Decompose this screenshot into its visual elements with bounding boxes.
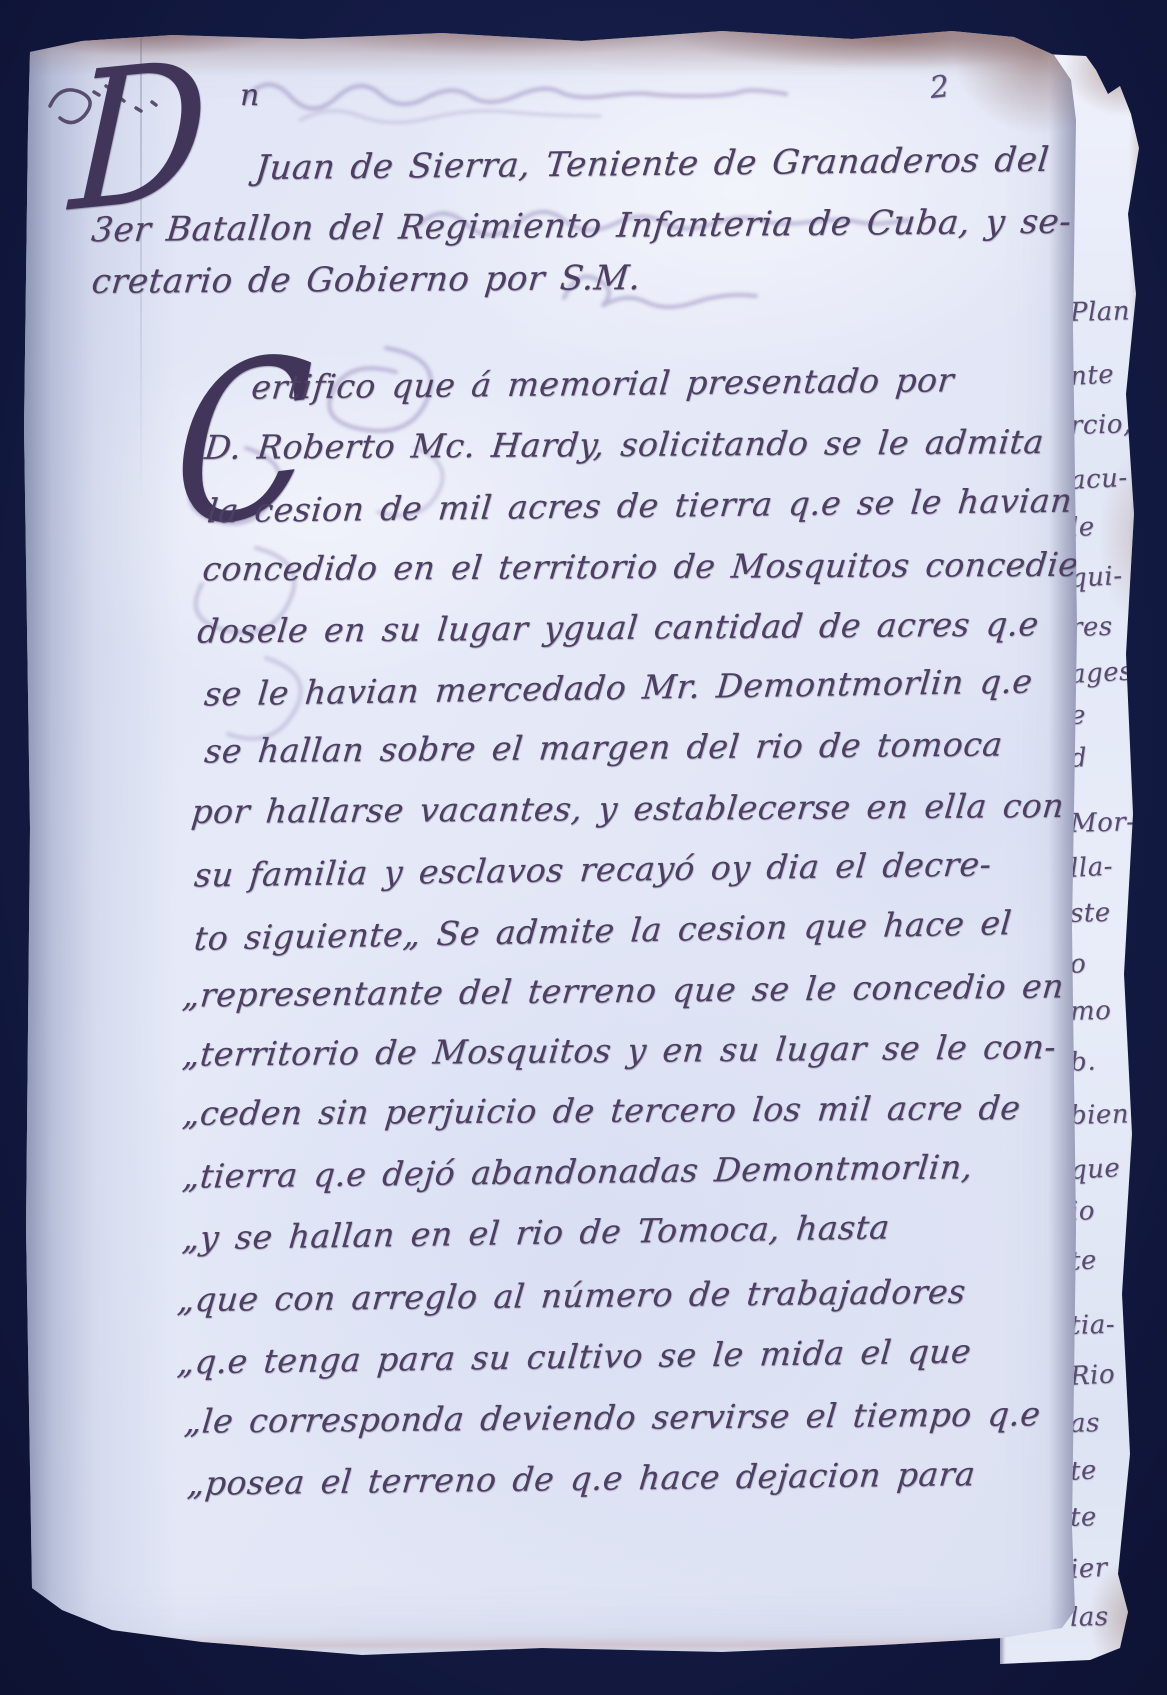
cutoff-word-fragment: Rio [1069, 1358, 1140, 1392]
manuscript-line: D. Roberto Mc. Hardy, solicitando se le … [203, 422, 1046, 467]
heading-initial-D: D [67, 35, 212, 239]
heading-line: 3er Batallon del Regimiento Infanteria d… [90, 202, 1074, 251]
cutoff-word-fragment: res [1070, 611, 1141, 643]
cutoff-word-fragment: as [1070, 1407, 1141, 1439]
cutoff-word-fragment: que [1069, 1152, 1140, 1186]
cutoff-word-fragment: io [1070, 1195, 1141, 1227]
cutoff-word-fragment: rcio, [1070, 409, 1141, 441]
manuscript-line: por hallarse vacantes, y establecerse en… [190, 786, 1066, 831]
manuscript-line: concedido en el territorio de Mosquitos … [201, 545, 1114, 589]
manuscript-line: to siguiente„ Se admite la cesion que ha… [193, 903, 1014, 958]
manuscript-line: „tierra q.e dejó abandonadas Demontmorli… [181, 1147, 975, 1196]
manuscript-line: „territorio de Mosquitos y en su lugar s… [181, 1027, 1058, 1074]
cutoff-word-fragment: las [1070, 1601, 1141, 1633]
cutoff-word-fragment: o [1069, 946, 1140, 980]
cutoff-word-fragment: acu- [1069, 462, 1140, 496]
manuscript-line: se hallan sobre el margen del rio de tom… [203, 725, 1005, 771]
cutoff-word-fragment: mo [1070, 995, 1141, 1027]
cutoff-word-fragment: le [1070, 511, 1141, 543]
cutoff-word-fragment: ier [1069, 1551, 1140, 1585]
cutoff-word-fragment: Mor- [1070, 807, 1141, 839]
cutoff-word-fragment: nte [1069, 358, 1140, 392]
manuscript-line: „le corresponda deviendo servirse el tie… [183, 1394, 1043, 1440]
cutoff-word-fragment: te [1070, 1501, 1141, 1533]
cutoff-word-fragment: d [1069, 740, 1140, 774]
manuscript-line: „q.e tenga para su cultivo se le mida el… [176, 1331, 973, 1381]
page-number: 2 [928, 69, 951, 106]
manuscript-page: 2 D n Juan de Sierra, Teniente de Granad… [22, 28, 1077, 1656]
heading-line: cretario de Gobierno por S.M. [90, 258, 643, 302]
heading-line: Juan de Sierra, Teniente de Granaderos d… [254, 140, 1051, 188]
cutoff-word-fragment: ages, [1069, 656, 1140, 690]
cutoff-word-fragment: tia- [1070, 1309, 1141, 1341]
heading-initial-superscript: n [240, 78, 259, 113]
cutoff-word-fragment: e [1070, 699, 1141, 731]
cutoff-word-fragment: te [1069, 1243, 1140, 1277]
manuscript-line: „ceden sin perjuicio de tercero los mil … [181, 1088, 1023, 1133]
ink-bleedthrough-mark [240, 58, 820, 132]
cutoff-word-fragment: ste [1070, 897, 1141, 929]
photo-background: Planntercio,acu-lequi-resages,edMor-lla-… [0, 0, 1167, 1695]
manuscript-line: su familia y esclavos recayó oy dia el d… [193, 844, 994, 894]
bottom-edge-stain [56, 1636, 1053, 1648]
manuscript-line: dosele en su lugar ygual cantidad de acr… [196, 604, 1041, 650]
manuscript-line: ertifico que á memorial presentado por [250, 360, 956, 406]
cutoff-word-fragment: te [1069, 1453, 1140, 1487]
cutoff-word-fragment: bien [1070, 1099, 1141, 1131]
manuscript-line: „y se hallan en el rio de Tomoca, hasta [181, 1207, 892, 1257]
page-edge-shadow [1049, 28, 1077, 1656]
cutoff-word-fragment: lla- [1069, 850, 1140, 884]
manuscript-line: la cesion de mil acres de tierra q.e se … [206, 481, 1074, 531]
manuscript-line: se le havian mercedado Mr. Demontmorlin … [203, 662, 1035, 714]
cutoff-word-fragment: b. [1069, 1044, 1140, 1078]
manuscript-line: „representante del terreno que se le con… [181, 966, 1066, 1014]
manuscript-line: „que con arreglo al número de trabajador… [176, 1272, 968, 1319]
manuscript-line: „posea el terreno de q.e hace dejacion p… [186, 1454, 978, 1503]
cutoff-word-fragment: Plan [1070, 296, 1141, 328]
cutoff-word-fragment: qui- [1069, 560, 1140, 594]
